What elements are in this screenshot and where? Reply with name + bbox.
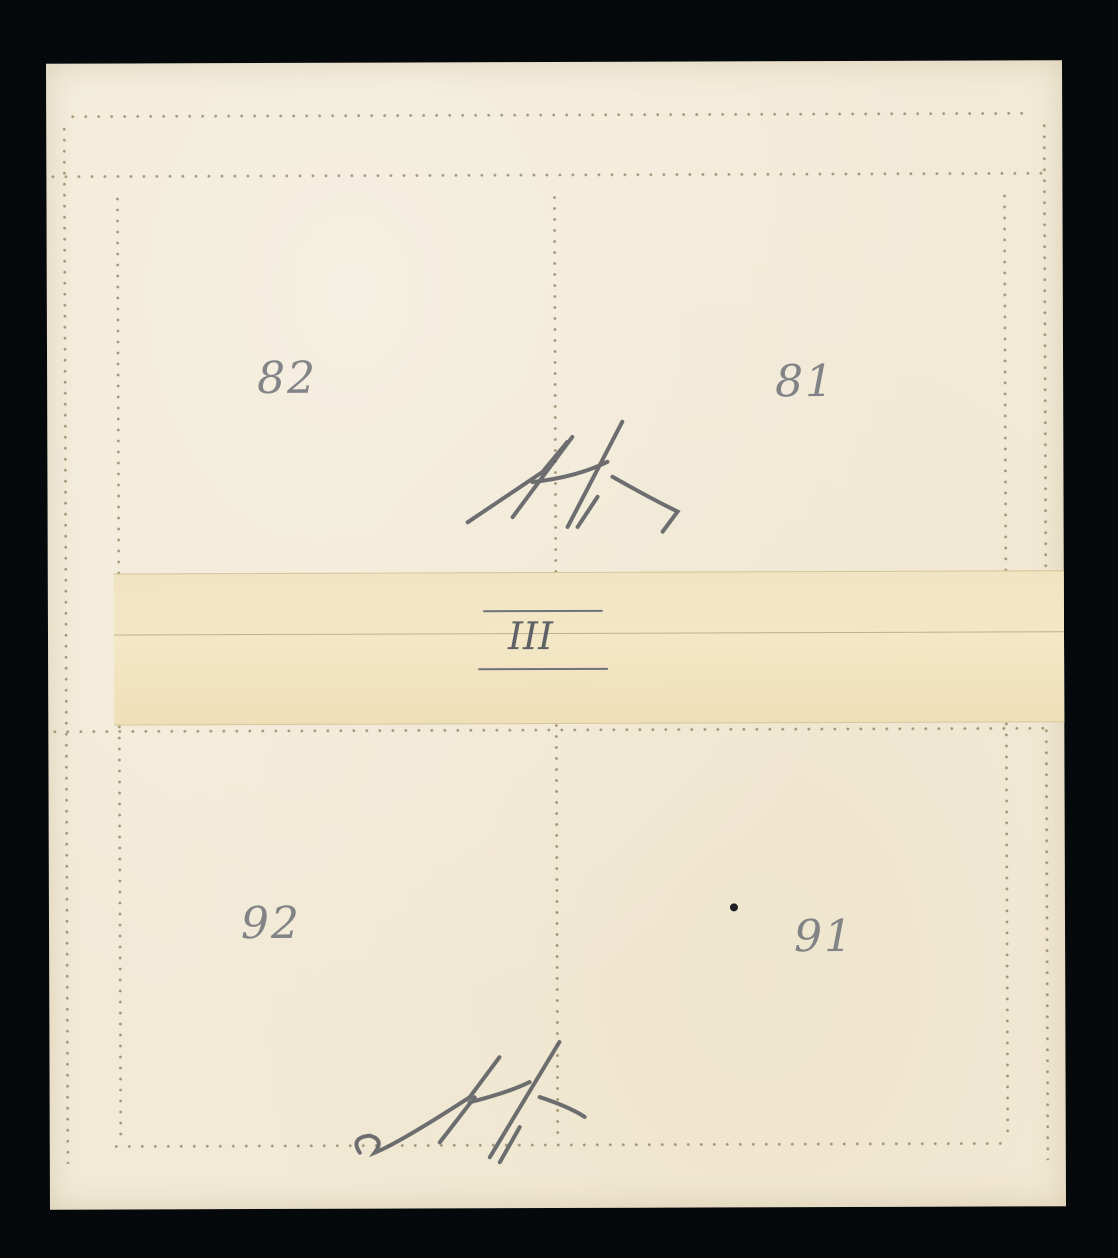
signature-lower <box>339 1027 630 1188</box>
hinge-mark: III <box>508 614 553 658</box>
signature-upper <box>447 401 708 552</box>
show-through-line <box>61 124 71 1164</box>
hinge-mark-line-top <box>483 610 603 612</box>
hinge-fold-line <box>114 631 1064 635</box>
position-number-bottom-right: 91 <box>794 911 854 962</box>
position-number-top-right: 81 <box>775 356 835 407</box>
stamp-block-reverse: 82 81 92 91 III <box>46 60 1066 1210</box>
position-number-top-left: 82 <box>257 353 317 404</box>
hinge-strip <box>114 570 1065 725</box>
ink-spot <box>730 903 738 911</box>
show-through-line <box>66 110 1026 119</box>
show-through-line <box>46 170 1046 179</box>
position-number-bottom-left: 92 <box>241 898 301 949</box>
show-through-line <box>48 725 1048 734</box>
